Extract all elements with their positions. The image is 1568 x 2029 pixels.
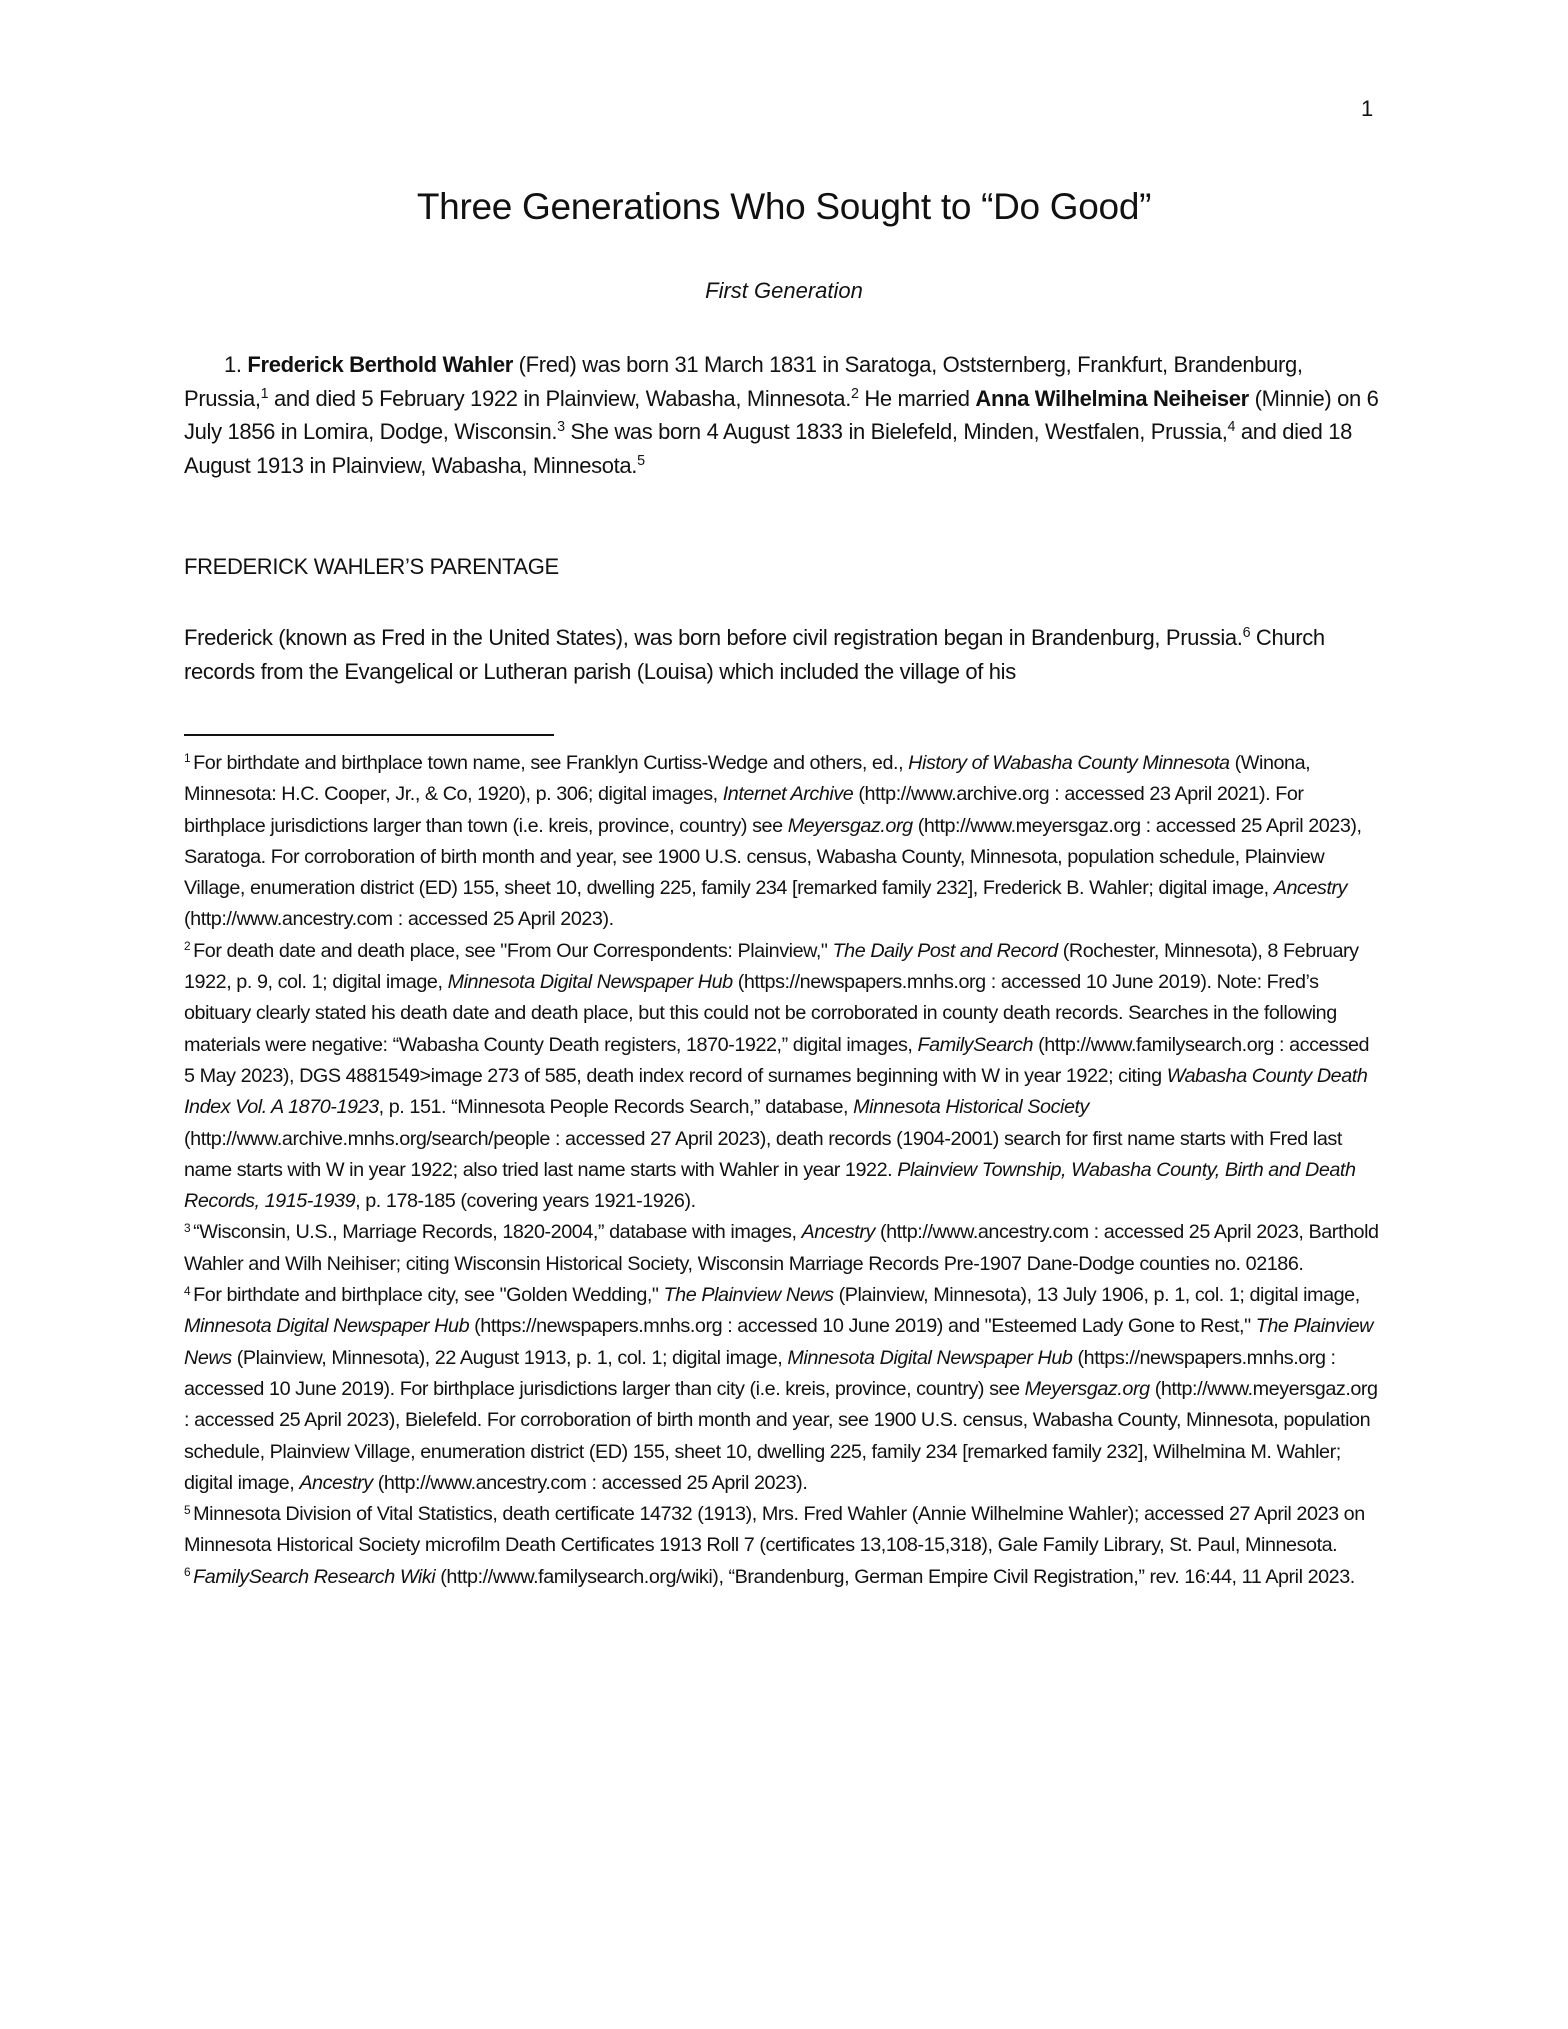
section-text: Frederick (known as Fred in the United S…: [184, 625, 1243, 650]
citation-title: Meyersgaz.org: [1025, 1378, 1150, 1400]
citation-title: Ancestry: [1274, 877, 1347, 899]
footnote-text: (Plainview, Minnesota), 22 August 1913, …: [232, 1347, 788, 1369]
footnote-4: 4For birthdate and birthplace city, see …: [184, 1280, 1384, 1499]
footnote-ref[interactable]: 2: [851, 386, 859, 402]
footnote-text: (http://www.ancestry.com : accessed 25 A…: [184, 908, 614, 930]
generation-subtitle: First Generation: [0, 278, 1568, 304]
footnote-6: 6FamilySearch Research Wiki (http://www.…: [184, 1562, 1384, 1593]
footnotes: 1For birthdate and birthplace town name,…: [184, 748, 1384, 1593]
entry-text: He married: [859, 386, 976, 411]
citation-title: History of Wabasha County Minnesota: [908, 752, 1229, 774]
footnote-text: “Wisconsin, U.S., Marriage Records, 1820…: [193, 1221, 801, 1243]
footnote-separator: [184, 734, 554, 736]
footnote-3: 3“Wisconsin, U.S., Marriage Records, 182…: [184, 1217, 1384, 1280]
footnote-text: (Plainview, Minnesota), 13 July 1906, p.…: [834, 1284, 1360, 1306]
footnote-text: For death date and death place, see "Fro…: [193, 940, 832, 962]
citation-title: Minnesota Historical Society: [853, 1096, 1089, 1118]
citation-title: Minnesota Digital Newspaper Hub: [448, 971, 733, 993]
citation-title: The Plainview News: [664, 1284, 834, 1306]
footnote-number: 6: [184, 1565, 190, 1579]
footnote-1: 1For birthdate and birthplace town name,…: [184, 748, 1384, 936]
footnote-text: (http://www.familysearch.org/wiki), “Bra…: [435, 1566, 1355, 1588]
entry-text: and died 5 February 1922 in Plainview, W…: [268, 386, 851, 411]
footnote-text: For birthdate and birthplace town name, …: [193, 752, 908, 774]
footnote-text: , p. 178-185 (covering years 1921-1926).: [355, 1190, 695, 1212]
spouse-name: Anna Wilhelmina Neiheiser: [975, 386, 1248, 411]
footnote-number: 2: [184, 939, 190, 953]
citation-title: The Daily Post and Record: [833, 940, 1058, 962]
footnote-text: (https://newspapers.mnhs.org : accessed …: [469, 1315, 1256, 1337]
citation-title: Minnesota Digital Newspaper Hub: [184, 1315, 469, 1337]
footnote-ref[interactable]: 4: [1227, 419, 1235, 435]
entry-paragraph: 1. Frederick Berthold Wahler (Fred) was …: [184, 348, 1380, 482]
person-name: Frederick Berthold Wahler: [247, 352, 513, 377]
document-title: Three Generations Who Sought to “Do Good…: [0, 186, 1568, 228]
footnote-number: 4: [184, 1284, 190, 1298]
footnote-ref[interactable]: 3: [557, 419, 565, 435]
footnote-ref[interactable]: 5: [637, 453, 645, 469]
citation-title: Meyersgaz.org: [788, 815, 913, 837]
footnote-5: 5Minnesota Division of Vital Statistics,…: [184, 1499, 1384, 1562]
footnote-text: For birthdate and birthplace city, see "…: [193, 1284, 663, 1306]
citation-title: Ancestry: [299, 1472, 372, 1494]
footnote-number: 5: [184, 1503, 190, 1517]
footnote-number: 1: [184, 751, 190, 765]
section-paragraph: Frederick (known as Fred in the United S…: [184, 621, 1380, 688]
page-number: 1: [1361, 96, 1373, 122]
citation-title: Internet Archive: [723, 783, 854, 805]
footnote-text: , p. 151. “Minnesota People Records Sear…: [379, 1096, 853, 1118]
citation-title: Ancestry: [802, 1221, 875, 1243]
citation-title: FamilySearch Research Wiki: [193, 1566, 435, 1588]
footnote-text: (http://www.ancestry.com : accessed 25 A…: [373, 1472, 808, 1494]
footnote-text: Minnesota Division of Vital Statistics, …: [184, 1503, 1365, 1556]
section-heading: FREDERICK WAHLER’S PARENTAGE: [184, 554, 559, 580]
entry-text: She was born 4 August 1833 in Bielefeld,…: [565, 419, 1228, 444]
citation-title: FamilySearch: [918, 1034, 1034, 1056]
footnote-number: 3: [184, 1221, 190, 1235]
citation-title: Minnesota Digital Newspaper Hub: [787, 1347, 1072, 1369]
footnote-2: 2For death date and death place, see "Fr…: [184, 936, 1384, 1218]
entry-number: 1.: [224, 352, 242, 377]
